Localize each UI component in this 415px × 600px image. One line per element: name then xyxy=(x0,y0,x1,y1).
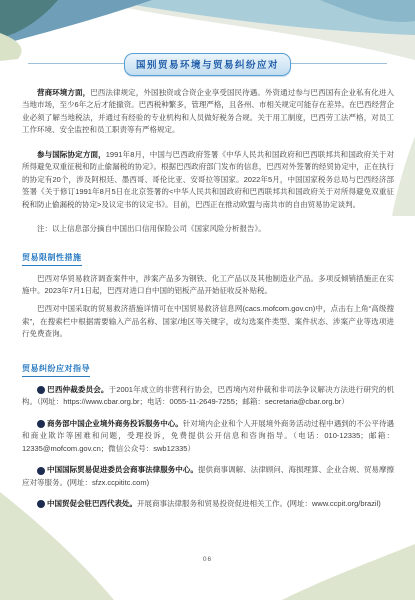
paragraph-lead: 参与国际协定方面， xyxy=(37,150,106,159)
number-3-circle-icon: 3 xyxy=(37,467,45,475)
guidance-item-2: 2商务部中国企业境外商务投诉服务中心。针对境内企业和个人开展境外商务活动过程中遇… xyxy=(22,418,394,455)
number-2-circle-icon: 2 xyxy=(37,420,45,428)
section-restrictions: 贸易限制性措施 xyxy=(22,247,394,266)
document-body: 营商环境方面，巴西法律规定，外国独资或合资企业享受国民待遇。外资通过参与巴西国有… xyxy=(22,87,394,519)
paragraph-business-environment: 营商环境方面，巴西法律规定，外国独资或合资企业享受国民待遇。外资通过参与巴西国有… xyxy=(22,87,394,137)
paragraph-lead: 营商环境方面， xyxy=(37,88,90,97)
paragraph-international-agreements: 参与国际协定方面，1991年8月，中国与巴西政府签署《中华人民共和国政府和巴西联… xyxy=(22,149,394,211)
number-1-circle-icon: 1 xyxy=(37,386,45,394)
item-text: 开展商事法律服务和贸易投资促进相关工作。(网址：www.ccpit.org/br… xyxy=(137,499,381,508)
deco-bottom-right-green xyxy=(282,544,415,600)
item-lead: 商务部中国企业境外商务投诉服务中心。 xyxy=(47,419,183,428)
guidance-item-4: 4中国贸促会驻巴西代表处。开展商事法律服务和贸易投资促进相关工作。(网址：www… xyxy=(22,498,394,510)
page-number: 06 xyxy=(0,556,415,563)
paragraph-trade-remedy-cases: 巴西对华贸易救济调查案件中，涉案产品多为钢铁、化工产品以及其他制造业产品。多项反… xyxy=(22,273,394,298)
section-dispute-guidance: 贸易纠纷应对指导 xyxy=(22,358,394,377)
title-badge-row: 国别贸易环境与贸易纠纷应对 xyxy=(28,53,387,75)
guidance-item-1: 1巴西仲裁委员会。于2001年成立的非营利行协会，巴西境内对仲裁和非司法争议解决… xyxy=(22,384,394,409)
item-lead: 中国贸促会驻巴西代表处。 xyxy=(47,499,137,508)
item-lead: 中国国际贸易促进委员会商事法律服务中心。 xyxy=(47,465,198,474)
section-heading-guidance: 贸易纠纷应对指导 xyxy=(22,363,90,377)
guidance-item-3: 3中国国际贸易促进委员会商事法律服务中心。提供商事调解、法律顾问、海损理算、企业… xyxy=(22,464,394,489)
source-note: 注：以上信息部分摘自中国出口信用保险公司《国家风险分析报告》。 xyxy=(22,223,394,235)
page-title: 国别贸易环境与贸易纠纷应对 xyxy=(124,53,291,76)
number-4-circle-icon: 4 xyxy=(37,500,45,508)
item-lead: 巴西仲裁委员会。 xyxy=(47,385,109,394)
section-heading-restrictions: 贸易限制性措施 xyxy=(22,252,82,266)
deco-right-green-stripe xyxy=(392,136,415,216)
paragraph-remedy-lookup: 巴西对中国采取的贸易救济措施详情可在中国贸易救济信息网(cacs.mofcom.… xyxy=(22,303,394,340)
